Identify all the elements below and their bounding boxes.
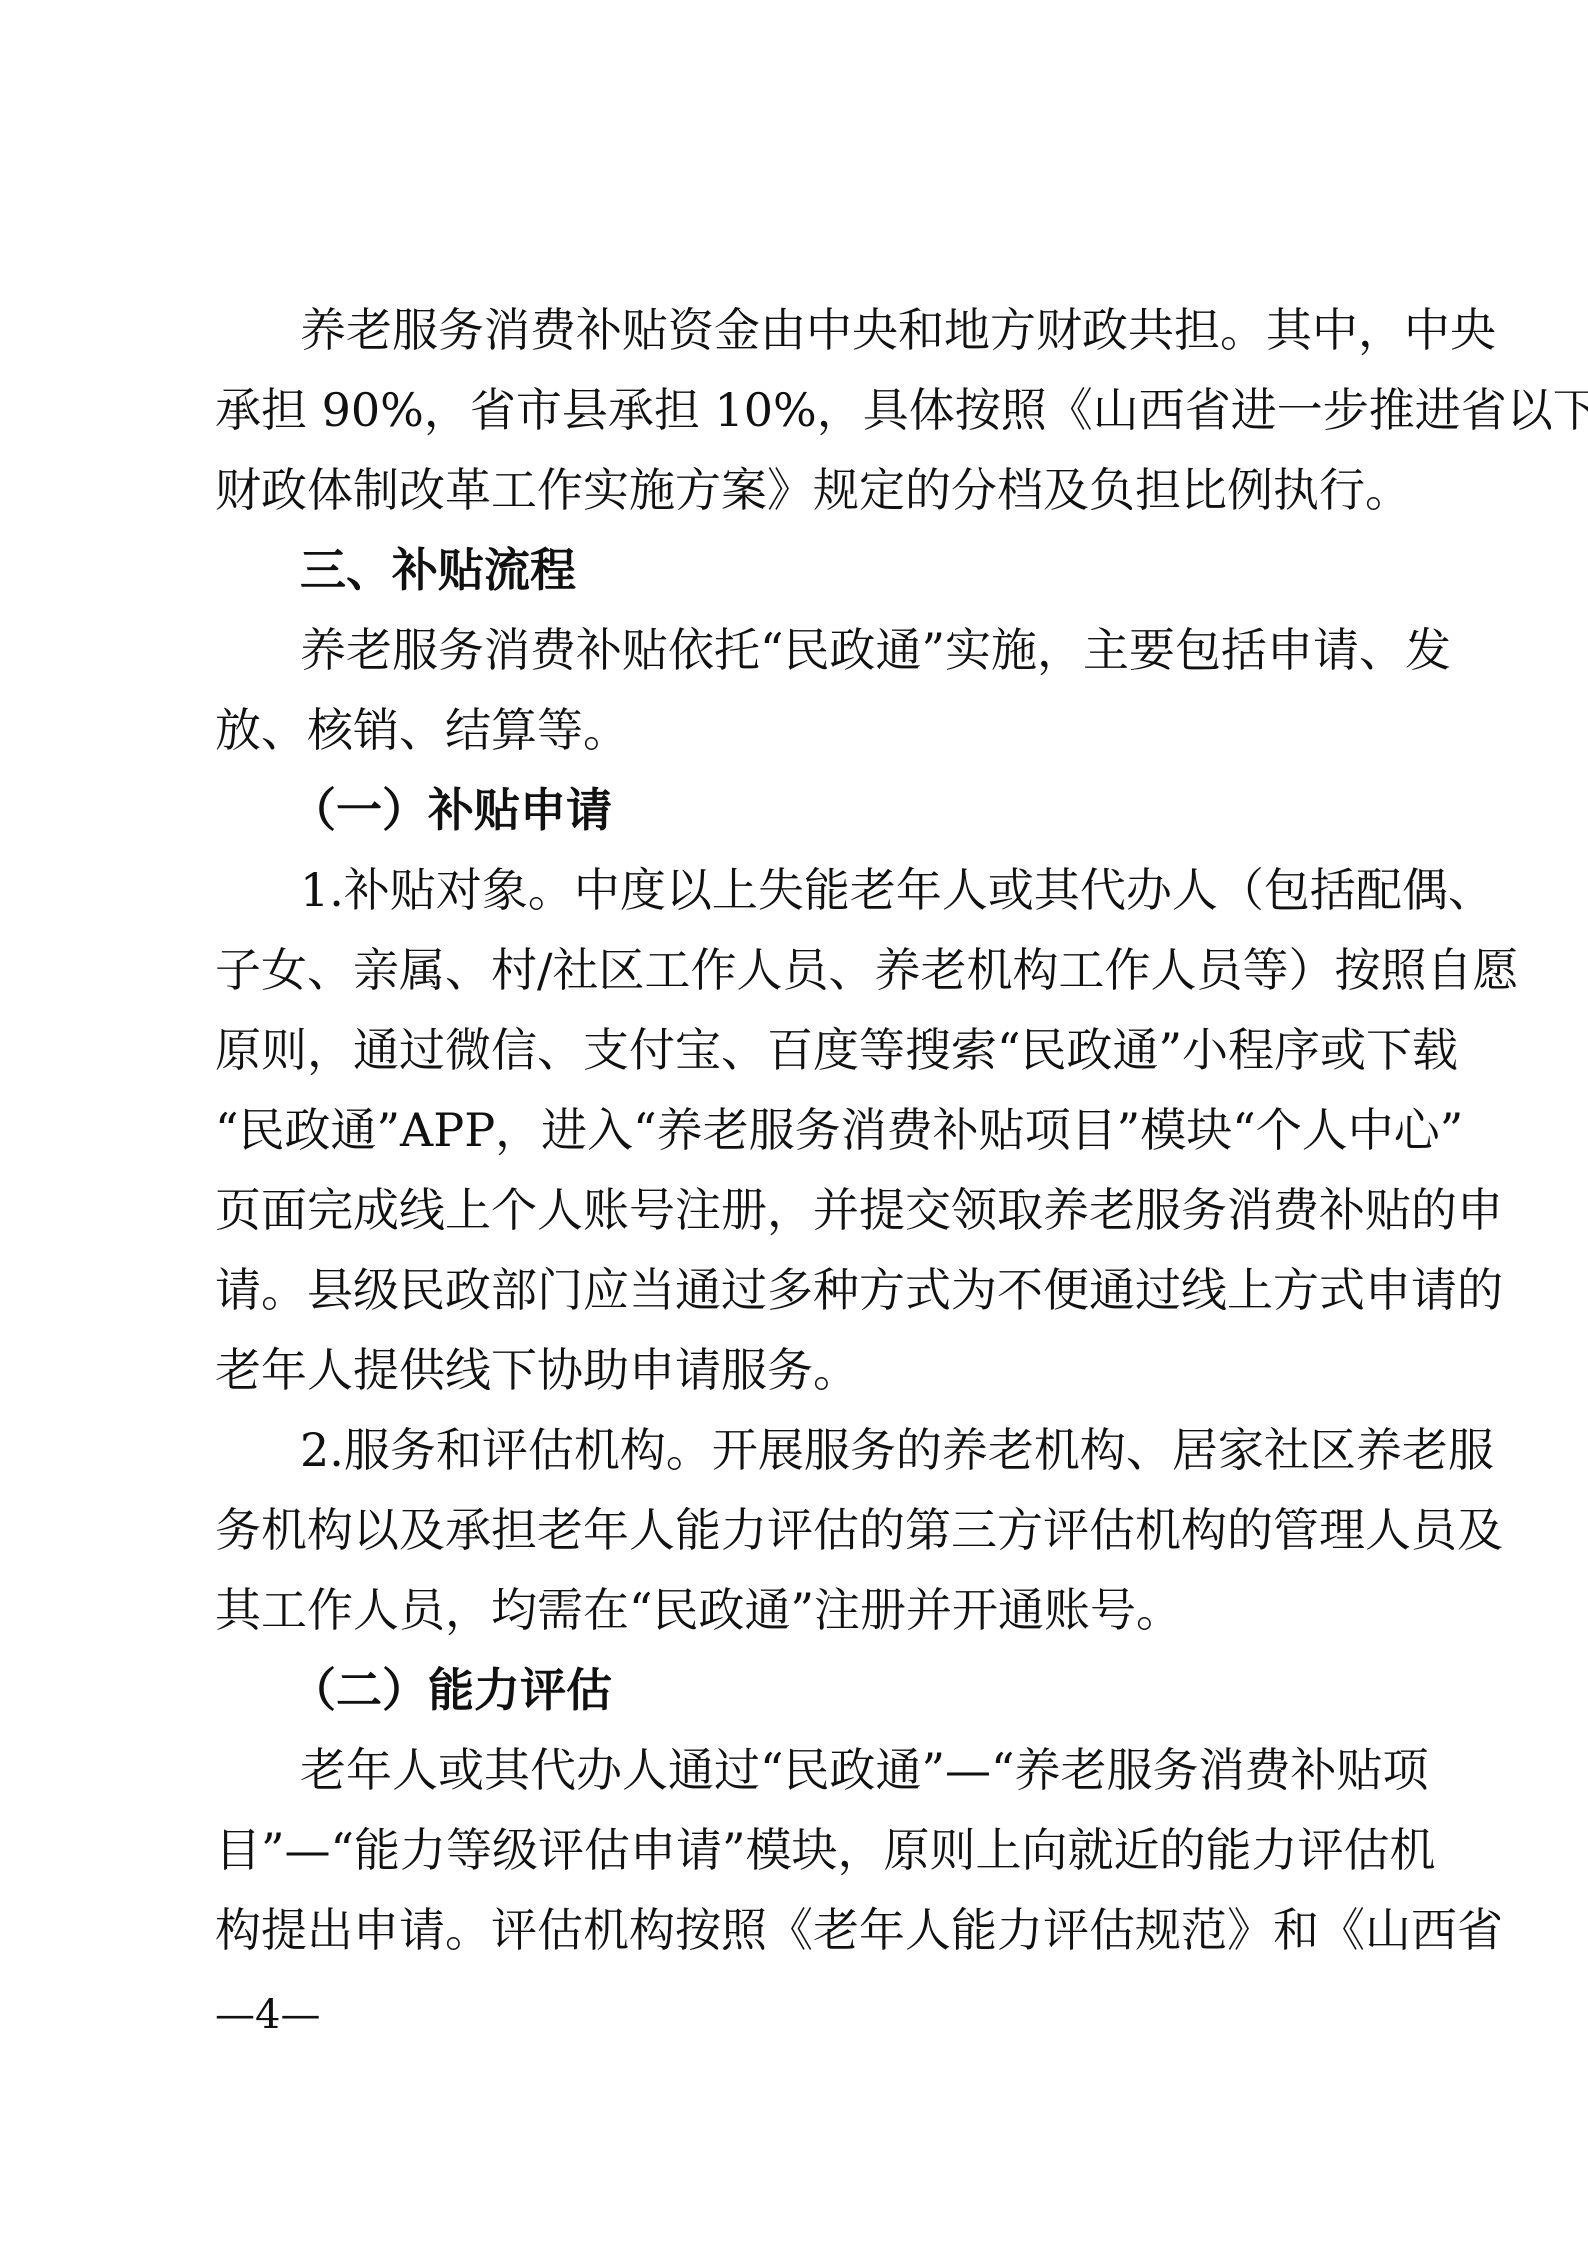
paragraph-line: 养老服务消费补贴资金由中央和地方财政共担。其中，中央	[300, 300, 1393, 360]
paragraph-line: 务机构以及承担老年人能力评估的第三方评估机构的管理人员及	[215, 1500, 1393, 1560]
paragraph-line: 页面完成线上个人账号注册，并提交领取养老服务消费补贴的申	[215, 1180, 1393, 1240]
paragraph-line: 构提出申请。评估机构按照《老年人能力评估规范》和《山西省	[215, 1900, 1393, 1960]
paragraph-line: 请。县级民政部门应当通过多种方式为不便通过线上方式申请的	[215, 1260, 1393, 1320]
page-number: —4—	[215, 1990, 320, 2040]
paragraph-line: 2.服务和评估机构。开展服务的养老机构、居家社区养老服	[300, 1420, 1393, 1480]
paragraph-line: 目”—“能力等级评估申请”模块，原则上向就近的能力评估机	[215, 1820, 1393, 1880]
paragraph-line: 1.补贴对象。中度以上失能老年人或其代办人（包括配偶、	[300, 860, 1393, 920]
subsection-heading: （二）能力评估	[290, 1660, 612, 1720]
paragraph-line: 老年人提供线下协助申请服务。	[215, 1340, 1393, 1400]
paragraph-line: 其工作人员，均需在“民政通”注册并开通账号。	[215, 1580, 1393, 1640]
paragraph-line: 财政体制改革工作实施方案》规定的分档及负担比例执行。	[215, 460, 1393, 520]
paragraph-line: 养老服务消费补贴依托“民政通”实施，主要包括申请、发	[300, 620, 1393, 680]
section-heading: 三、补贴流程	[300, 540, 1393, 600]
paragraph-line: 原则，通过微信、支付宝、百度等搜索“民政通”小程序或下载	[215, 1020, 1393, 1080]
paragraph-line: 承担 90%，省市县承担 10%，具体按照《山西省进一步推进省以下	[215, 380, 1393, 440]
paragraph-line: 放、核销、结算等。	[215, 700, 1393, 760]
subsection-heading: （一）补贴申请	[290, 780, 612, 840]
paragraph-line: 老年人或其代办人通过“民政通”—“养老服务消费补贴项	[300, 1740, 1393, 1800]
document-page: 养老服务消费补贴资金由中央和地方财政共担。其中，中央 承担 90%，省市县承担 …	[0, 0, 1588, 2245]
paragraph-line: “民政通”APP，进入“养老服务消费补贴项目”模块“个人中心”	[215, 1100, 1393, 1160]
paragraph-line: 子女、亲属、村/社区工作人员、养老机构工作人员等）按照自愿	[215, 940, 1393, 1000]
